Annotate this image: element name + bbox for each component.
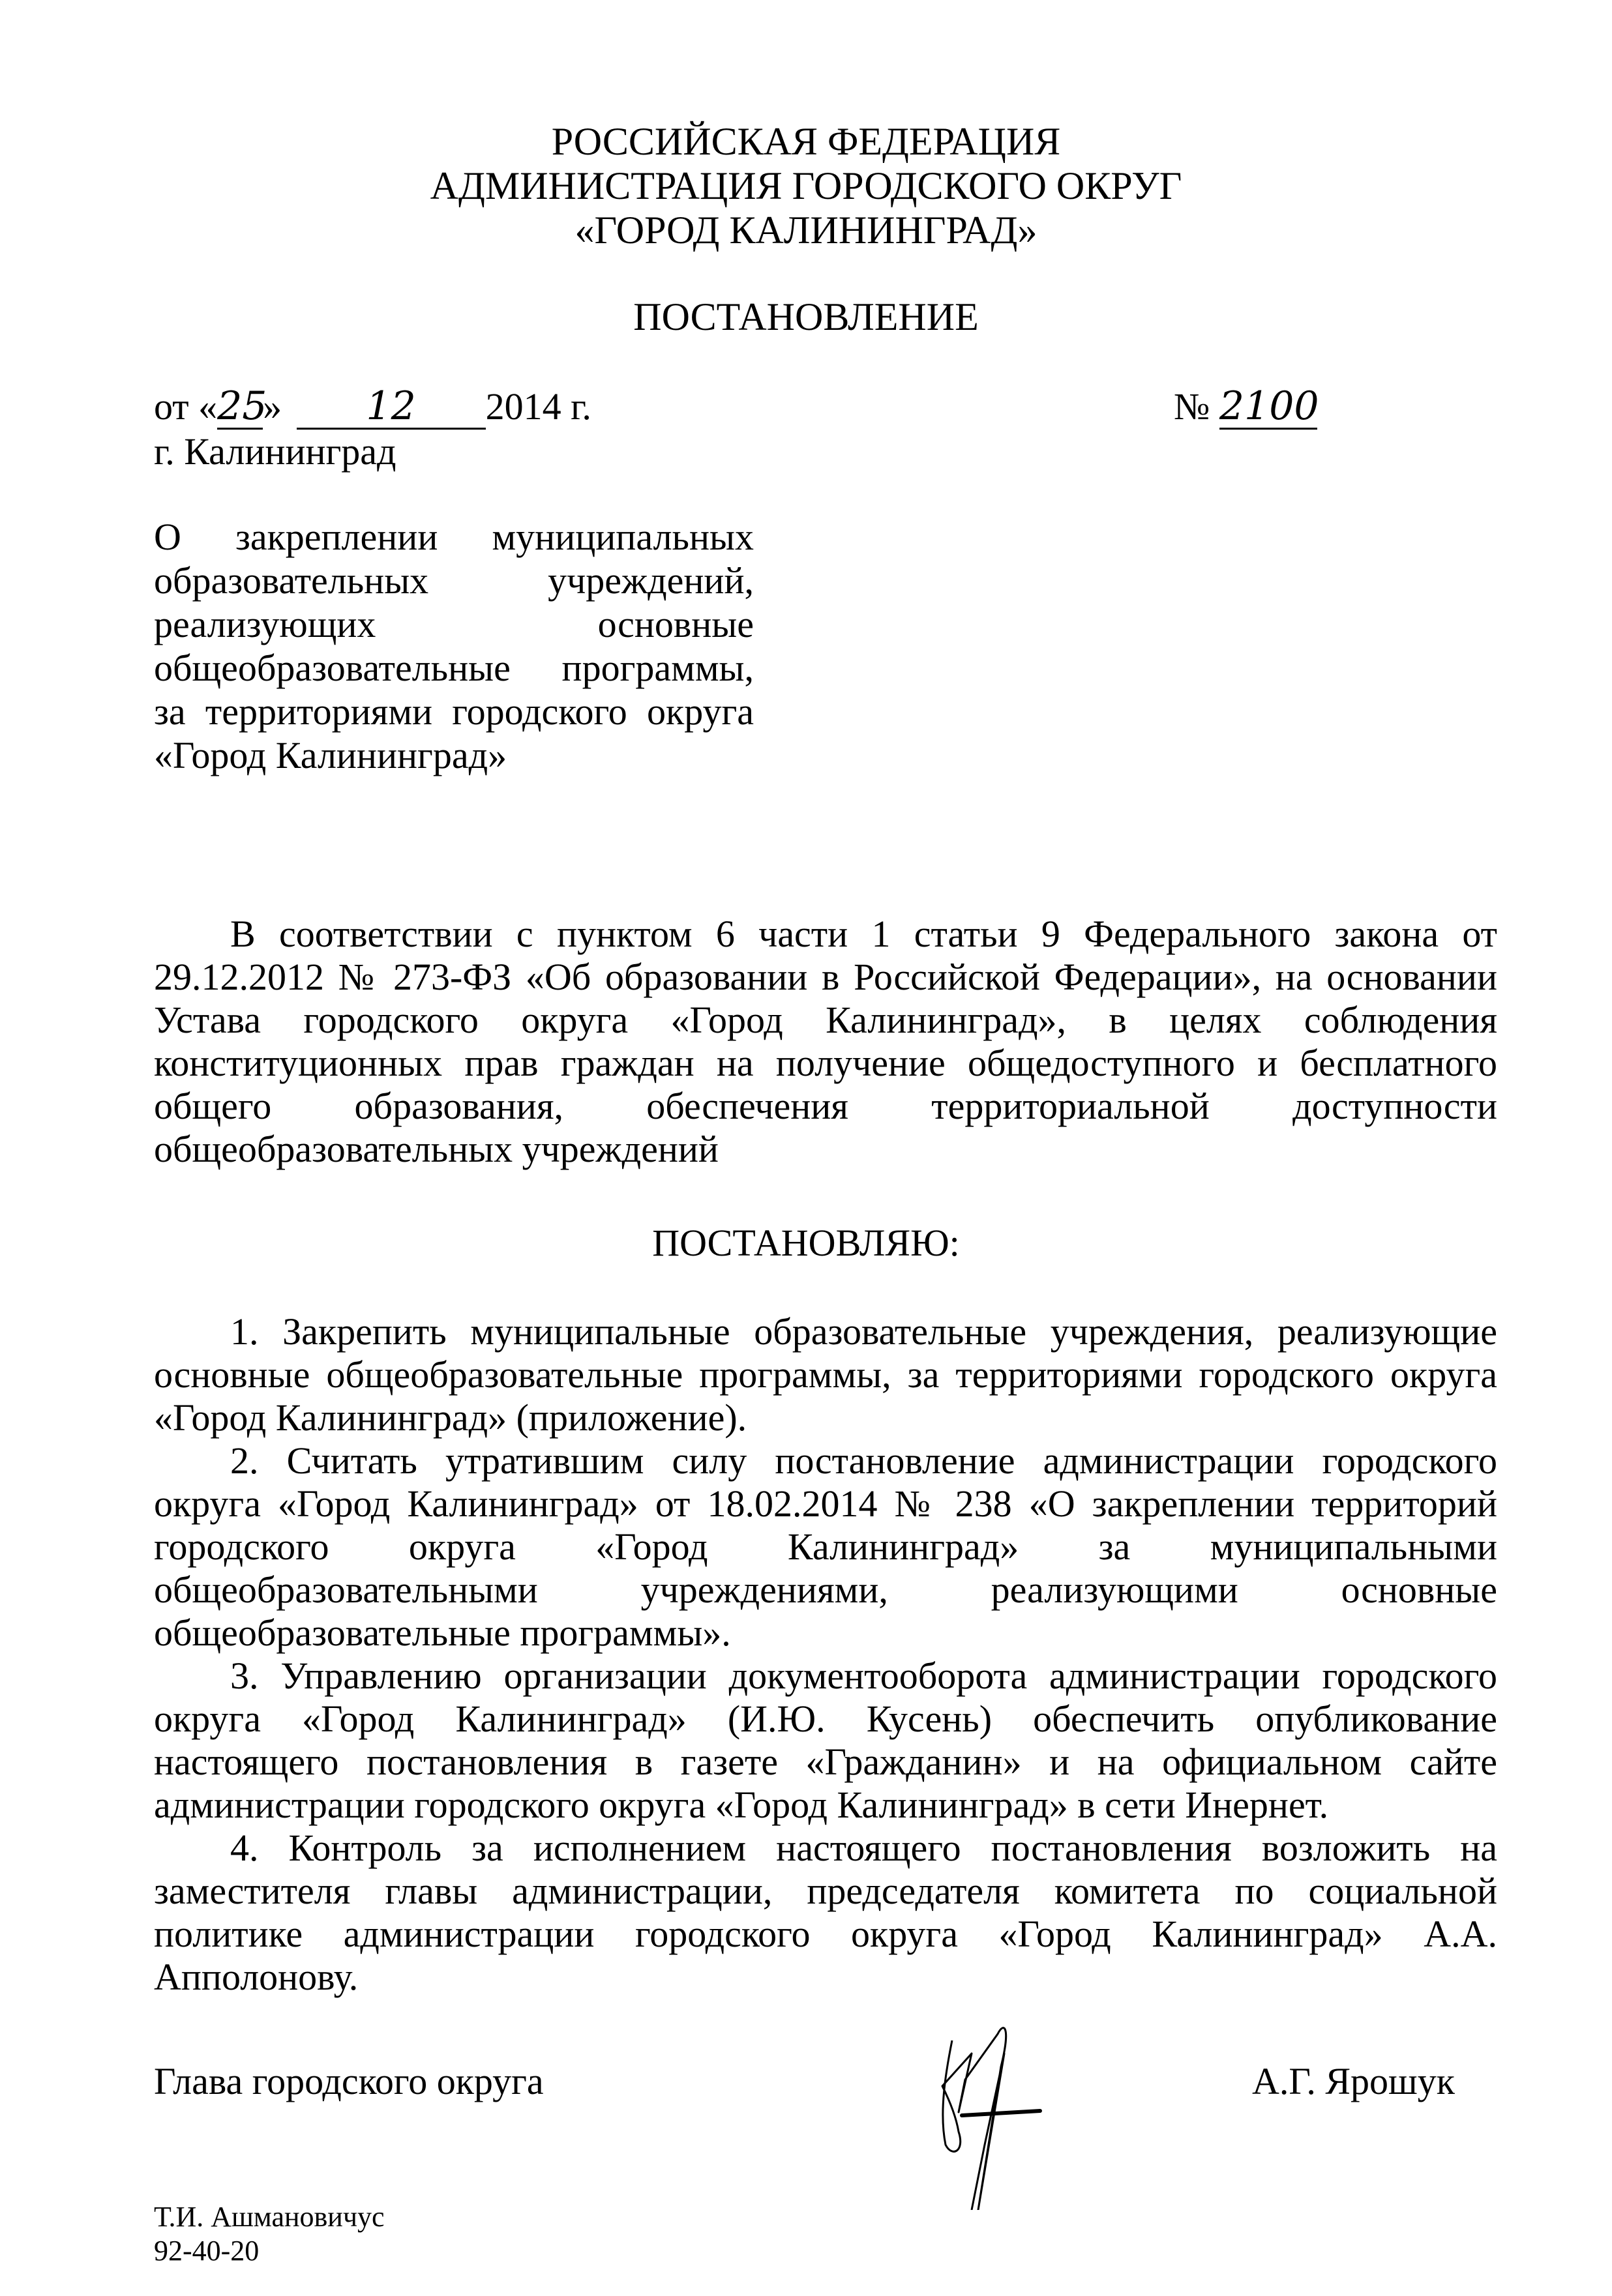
number-label: № xyxy=(1174,385,1210,428)
date-day: 25 xyxy=(217,385,263,430)
resolution-item-4: 4. Контроль за исполнением настоящего по… xyxy=(154,1827,1497,1999)
preamble-text: В соответствии с пунктом 6 части 1 стать… xyxy=(154,913,1497,1171)
signatory-name: А.Г. Ярошук xyxy=(1252,2060,1455,2103)
document-title: О закреплении муниципальных образователь… xyxy=(154,515,754,777)
date-month: 12 xyxy=(297,385,486,430)
resolution-items: 1. Закрепить муниципальные образовательн… xyxy=(154,1310,1497,1999)
city-name: г. Калининград xyxy=(154,430,396,473)
title-line: образовательных учреждений, xyxy=(154,559,754,602)
date-year: 2014 г. xyxy=(486,385,591,428)
signature-icon xyxy=(919,2014,1135,2210)
resolution-item-1: 1. Закрепить муниципальные образовательн… xyxy=(154,1310,1497,1439)
title-line: общеобразовательные программы, xyxy=(154,646,754,690)
executor-phone: 92-40-20 xyxy=(154,2234,259,2268)
preamble: В соответствии с пунктом 6 части 1 стать… xyxy=(154,913,1497,1171)
document-type: ПОСТАНОВЛЕНИЕ xyxy=(0,295,1612,339)
executor-name: Т.И. Ашмановичус xyxy=(154,2200,385,2234)
header-city: «ГОРОД КАЛИНИНГРАД» xyxy=(0,208,1612,252)
date-mid: » xyxy=(263,385,282,428)
header-country: РОССИЙСКАЯ ФЕДЕРАЦИЯ xyxy=(0,119,1612,164)
resolve-heading: ПОСТАНОВЛЯЮ: xyxy=(0,1221,1612,1265)
title-line: О закреплении муниципальных xyxy=(154,515,754,559)
number-value: 2100 xyxy=(1219,385,1317,430)
resolution-item-3: 3. Управлению организации документооборо… xyxy=(154,1655,1497,1827)
title-line: «Город Калининград» xyxy=(154,733,754,777)
date-line: от «25» 122014 г. xyxy=(154,385,591,430)
title-line: реализующих основные xyxy=(154,602,754,646)
signature-position: Глава городского округа xyxy=(154,2060,544,2103)
header-administration: АДМИНИСТРАЦИЯ ГОРОДСКОГО ОКРУГ xyxy=(0,164,1612,208)
title-line: за территориями городского округа xyxy=(154,690,754,733)
date-prefix: от « xyxy=(154,385,217,428)
resolution-item-2: 2. Считать утратившим силу постановление… xyxy=(154,1439,1497,1655)
document-number: № 2100 xyxy=(1174,385,1317,430)
